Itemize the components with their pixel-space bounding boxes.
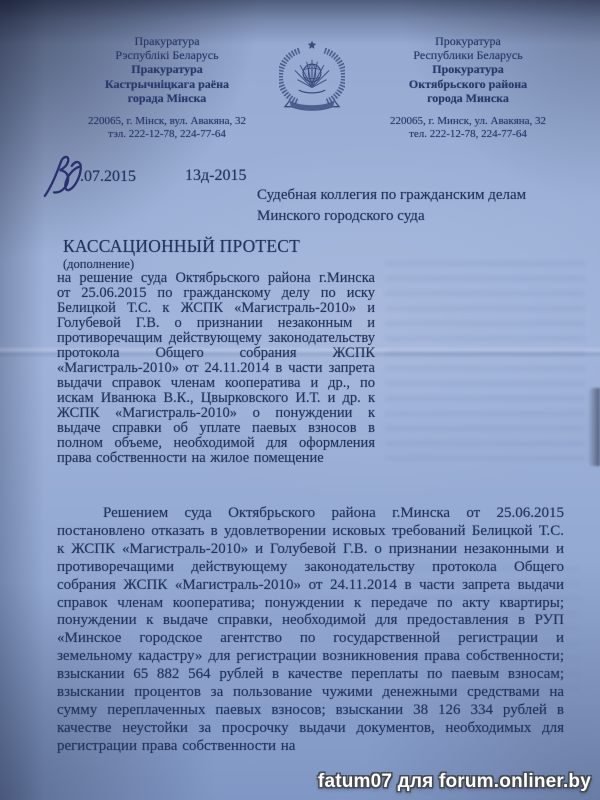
page-edge-shadow [588,388,600,466]
org-line: Октябрьского района [380,77,556,91]
addressee-block: Судебная коллегия по гражданским делам М… [257,185,567,226]
org-line: Республики Беларусь [380,48,556,62]
subject-paragraph: на решение суда Октябрьского района г.Ми… [57,271,375,466]
addressee-line-1: Судебная коллегия по гражданским делам [257,185,567,206]
addressee-line-2: Минского городского суда [257,206,567,227]
date-value: .07.2015 [80,168,136,186]
document-number: 13д-2015 [185,167,246,185]
document-photo: Пракуратура Рэспублікі Беларусь Пракурат… [0,0,600,800]
forum-watermark: fatum07 для forum.onliner.by [318,771,591,793]
phone-line: тел. 222-12-78, 224-77-64 [380,128,556,141]
org-line: Пракуратура [79,62,255,76]
org-line: города Минска [380,91,556,105]
org-line: Рэспублікі Беларусь [79,48,255,62]
body-paragraph: Решением суда Октябрьского района г.Минс… [57,505,564,756]
address-line: 220065, г. Минск, ул. Авакяна, 32 [380,115,556,128]
belarus-coat-of-arms-icon [279,40,345,114]
phone-line: тэл. 222-12-78, 224-77-64 [79,128,255,141]
org-line: Пракуратура [79,34,255,48]
address-line: 220065, г. Мінск, вул. Авакяна, 32 [79,115,255,128]
org-line: горада Мінска [79,91,255,105]
letterhead-right: Прокуратура Республики Беларусь Прокурат… [380,34,556,141]
document-title: КАССАЦИОННЫЙ ПРОТЕСТ [63,236,300,257]
org-line: Кастрычніцкага раёна [79,77,255,91]
letterhead-left: Пракуратура Рэспублікі Беларусь Пракурат… [79,34,255,141]
org-line: Прокуратура [380,34,556,48]
org-line: Прокуратура [380,62,556,76]
